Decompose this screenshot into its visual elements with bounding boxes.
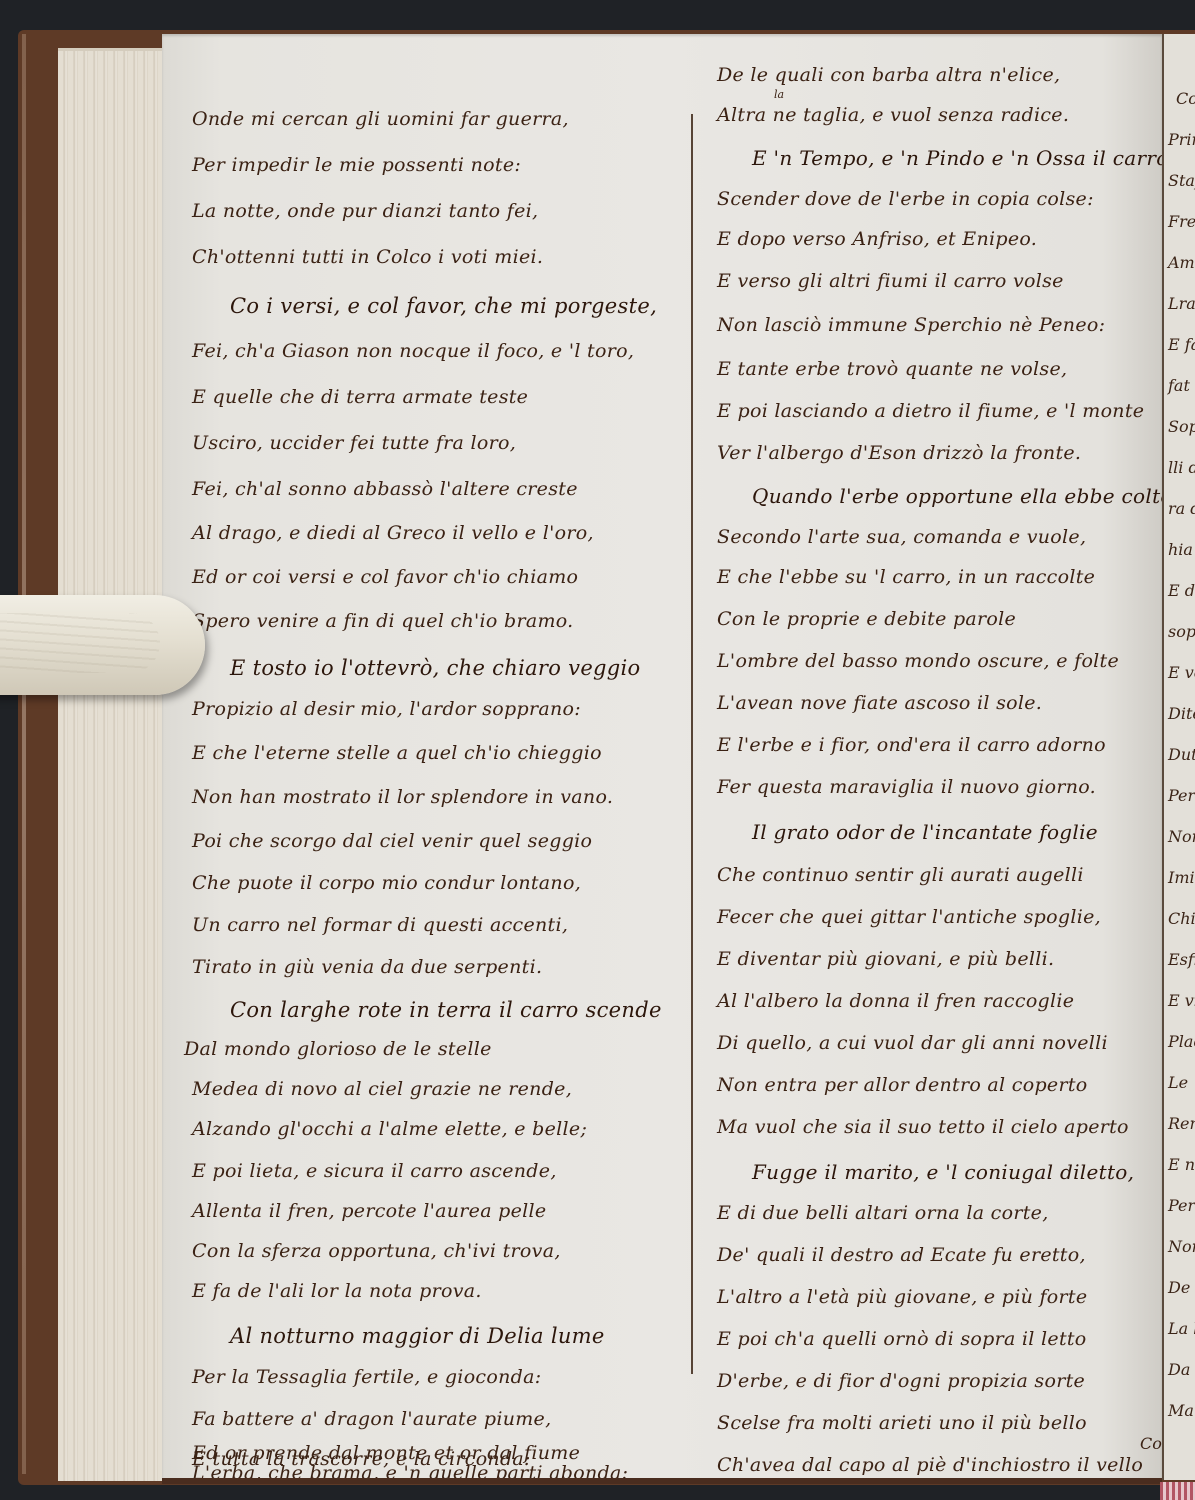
verse-line: E verso gli altri fiumi il carro volse [717,270,1064,292]
verse-line: Al l'albero la donna il fren raccoglie [717,990,1074,1012]
verse-line: E diventar più giovani, e più belli. [717,948,1054,970]
verse-line: Al notturno maggior di Delia lume [230,1324,605,1348]
verse-line: De le quali con barba altra n'elice, [717,64,1060,86]
next-page-fragment: China [1168,909,1195,928]
next-page-fragment: ra d [1168,499,1195,518]
verse-line: Ed or prende dal monte et or dal fiume [192,1442,580,1464]
verse-line: Poi che scorgo dal ciel venir quel seggi… [192,830,592,852]
next-page-fragment: Prima, [1168,130,1195,149]
verse-line: Spero venire a fin di quel ch'io bramo. [192,610,574,632]
verse-line: Per impedir le mie possenti note: [192,154,521,176]
next-page-fragment: Per l' [1168,786,1195,805]
next-page-fragment: Non vo [1168,1237,1195,1256]
next-page-fragment: Lra d [1168,294,1195,313]
next-page-fragment: E ver [1168,663,1195,682]
verse-line: E fa de l'ali lor la nota prova. [192,1280,482,1302]
next-page-fragment: Non co [1168,827,1195,846]
verse-line: E tosto io l'ottevrò, che chiaro veggio [230,656,641,680]
next-page-fragment: Rendo [1168,1114,1195,1133]
next-page-fragment: Da da [1168,1360,1195,1379]
verse-line: Dal mondo glorioso de le stelle [184,1038,492,1060]
verse-line: Medea di novo al ciel grazie ne rende, [192,1078,572,1100]
interlinear-correction: la [774,88,784,101]
verse-line: Non entra per allor dentro al coperto [717,1074,1088,1096]
next-page-edge: CoiPrima,StaffeFre voAmariLra dE fafatSo… [1162,34,1195,1480]
verse-line: Che puote il corpo mio condur lontano, [192,872,581,894]
verse-line: Con la sferza opportuna, ch'ivi trova, [192,1240,561,1262]
verse-line: Scender dove de l'erbe in copia colse: [717,188,1094,210]
verse-line: Ma vuol che sia il suo tetto il cielo ap… [717,1116,1129,1138]
next-page-fragment: sopr [1168,622,1195,641]
next-page-fragment: Fre vo [1168,212,1195,231]
verse-line: Con larghe rote in terra il carro scende [230,998,662,1022]
page-holder-texture [0,613,160,673]
next-page-fragment: Esfio [1168,950,1195,969]
next-page-fragment: Le [1168,1073,1188,1092]
verse-line: E dopo verso Anfriso, et Enipeo. [717,228,1037,250]
verse-line: Alzando gl'occhi a l'alme elette, e bell… [192,1118,587,1140]
next-page-fragment: E vien [1168,991,1195,1010]
verse-line: Con le proprie e debite parole [717,608,1016,630]
next-page-fragment: Per fav [1168,1196,1195,1215]
next-page-fragment: Dutt [1168,745,1195,764]
verse-line: Fei, ch'al sonno abbassò l'altere creste [192,478,578,500]
verse-line: E 'n Tempo, e 'n Pindo e 'n Ossa il carr… [752,146,1195,170]
verse-line: Il grato odor de l'incantate foglie [752,820,1098,844]
next-page-fragment: hia ch [1168,540,1195,559]
verse-line: E che l'eterne stelle a quel ch'io chieg… [192,742,602,764]
cover-edge [22,34,26,1474]
verse-line: E poi lieta, e sicura il carro ascende, [192,1160,557,1182]
bookmark-ribbon [1160,1482,1195,1500]
next-page-fragment: E fa [1168,335,1195,354]
verse-line: Tirato in giù venia da due serpenti. [192,956,542,978]
verse-line: Allenta il fren, percote l'aurea pelle [192,1200,546,1222]
verse-line: Fecer che quei gittar l'antiche spoglie, [717,906,1101,928]
verse-line: E l'erbe e i fior, ond'era il carro ador… [717,734,1106,756]
verse-line: Che continuo sentir gli aurati augelli [717,864,1084,886]
verse-line: E tante erbe trovò quante ne volse, [717,358,1067,380]
verse-line: Co i versi, e col favor, che mi porgeste… [230,294,657,318]
verse-line: L'avean nove fiate ascoso il sole. [717,692,1042,714]
verse-line: Usciro, uccider fei tutte fra loro, [192,432,516,454]
verse-line: E poi ch'a quelli ornò di sopra il letto [717,1328,1087,1350]
verse-line: Altra ne taglia, e vuol senza radice. [717,104,1069,126]
next-page-fragment: De la v [1168,1278,1195,1297]
verse-line: De' quali il destro ad Ecate fu eretto, [717,1244,1086,1266]
manuscript-page: Onde mi cercan gli uomini far guerra,Per… [162,34,1162,1480]
next-page-fragment: Man [1168,1401,1195,1420]
verse-line: L'ombre del basso mondo oscure, e folte [717,650,1119,672]
verse-line: Ed or coi versi e col favor ch'io chiamo [192,566,578,588]
next-page-fragment: lli d [1168,458,1195,477]
catchword: Co [1140,1434,1162,1453]
next-page-fragment: E dop [1168,581,1195,600]
next-page-fragment: Dite l [1168,704,1195,723]
verse-line: Al drago, e diedi al Greco il vello e l'… [192,522,594,544]
next-page-fragment: Imit [1168,868,1195,887]
verse-line: E di due belli altari orna la corte, [717,1202,1049,1224]
verse-line: E poi lasciando a dietro il fiume, e 'l … [717,400,1144,422]
verse-line: Fer questa maraviglia il nuovo giorno. [717,776,1096,798]
page-bottom-edge [162,1478,1162,1484]
next-page-fragment: La be [1168,1319,1195,1338]
verse-line: Ch'avea dal capo al piè d'inchiostro il … [717,1454,1143,1476]
verse-line: Fei, ch'a Giason non nocque il foco, e '… [192,340,634,362]
next-page-fragment: Staffe [1168,171,1195,190]
verse-line: Fugge il marito, e 'l coniugal diletto, [752,1160,1134,1184]
next-page-fragment: Placa [1168,1032,1195,1051]
verse-line: E che l'ebbe su 'l carro, in un raccolte [717,566,1095,588]
verse-line: Onde mi cercan gli uomini far guerra, [192,108,569,130]
page-holder-weight [0,595,205,695]
verse-line: Scelse fra molti arieti uno il più bello [717,1412,1087,1434]
verse-line: L'altro a l'età più giovane, e più forte [717,1286,1087,1308]
verse-line: D'erbe, e di fior d'ogni propizia sorte [717,1370,1085,1392]
verse-line: Un carro nel formar di questi accenti, [192,914,568,936]
verse-line: Quando l'erbe opportune ella ebbe colte [752,484,1173,508]
next-page-fragment: fat [1168,376,1190,395]
next-page-fragment: Coi [1176,89,1195,108]
next-page-fragment: Amari [1168,253,1195,272]
verse-line: Ver l'albergo d'Eson drizzò la fronte. [717,442,1081,464]
verse-line: Non han mostrato il lor splendore in van… [192,786,613,808]
verse-line: Ch'ottenni tutti in Colco i voti miei. [192,246,543,268]
verse-line: La notte, onde pur dianzi tanto fei, [192,200,538,222]
verse-line: Di quello, a cui vuol dar gli anni novel… [717,1032,1108,1054]
verse-line: Non lasciò immune Sperchio nè Peneo: [717,314,1105,336]
verse-line: Fa battere a' dragon l'aurate piume, [192,1408,551,1430]
verse-line: Per la Tessaglia fertile, e gioconda: [192,1366,541,1388]
verse-line: Secondo l'arte sua, comanda e vuole, [717,526,1086,548]
verse-line: E quelle che di terra armate teste [192,386,528,408]
page-stack-edge [58,48,168,1481]
next-page-fragment: Sop [1168,417,1195,436]
verse-line: Propizio al desir mio, l'ardor sopprano: [192,698,581,720]
column-divider-rule [691,114,693,1374]
next-page-fragment: E non [1168,1155,1195,1174]
